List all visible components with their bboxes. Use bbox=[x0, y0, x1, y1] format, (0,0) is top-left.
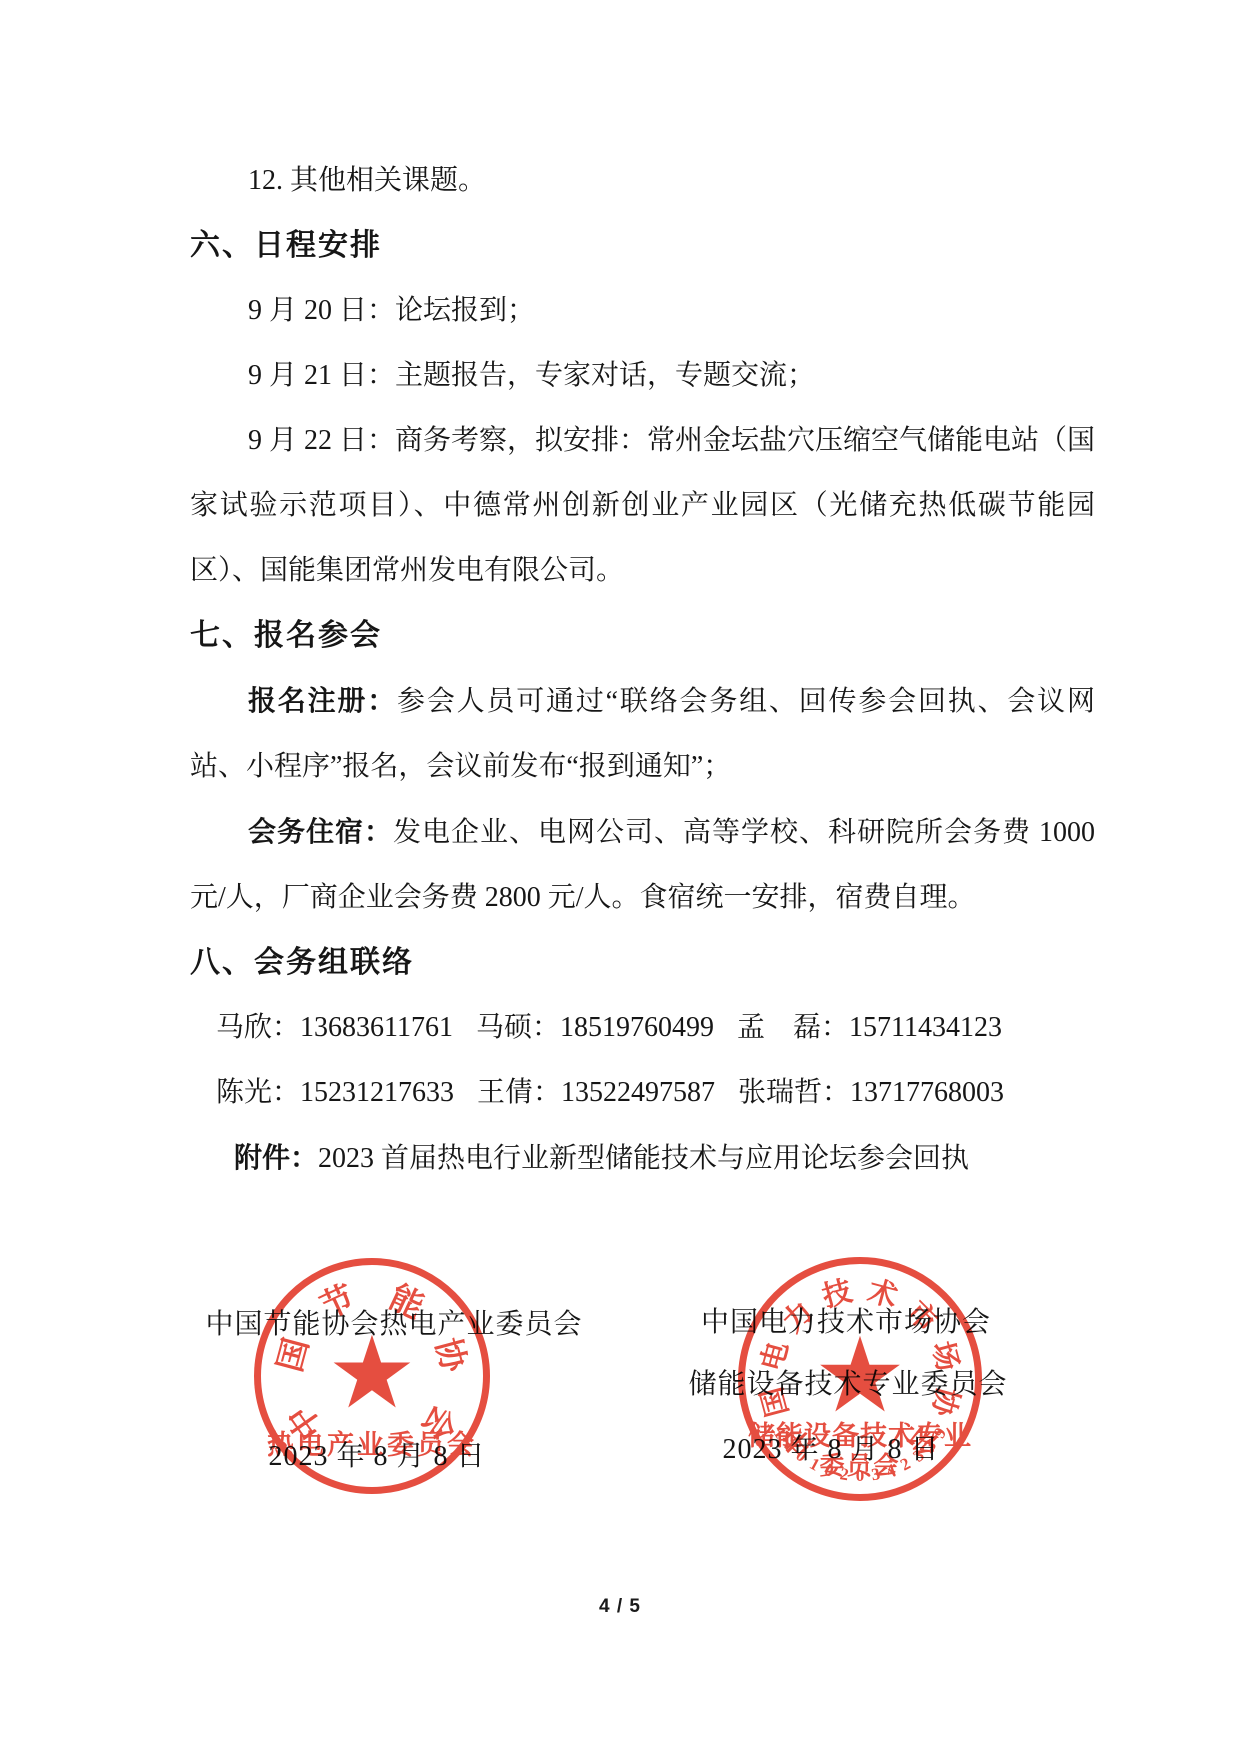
document-body: 12. 其他相关课题。 六、日程安排 9 月 20 日：论坛报到； 9 月 21… bbox=[190, 148, 1095, 1191]
contact-name: 马硕： bbox=[476, 1012, 560, 1043]
contact-name: 马欣： bbox=[216, 1012, 300, 1043]
contact-item: 马欣：13683611761 bbox=[216, 1012, 453, 1043]
attachment-label: 附件： bbox=[234, 1142, 318, 1173]
star-icon: ★ bbox=[327, 1324, 417, 1424]
contact-phone: 13522497587 bbox=[561, 1077, 715, 1108]
official-seal-left: 中国节能协会 ★ 热电产业委员会 bbox=[254, 1258, 490, 1494]
contact-name: 张瑞哲： bbox=[738, 1077, 850, 1108]
document-page: 12. 其他相关课题。 六、日程安排 9 月 20 日：论坛报到； 9 月 21… bbox=[0, 0, 1240, 1754]
section-7-heading: 七、报名参会 bbox=[190, 603, 1095, 668]
contact-item: 马硕：18519760499 bbox=[476, 1012, 714, 1043]
seal-bottom-text: 热电产业委员会 bbox=[261, 1423, 483, 1462]
section-6-heading: 六、日程安排 bbox=[190, 213, 1095, 278]
fee-paragraph: 会务住宿：发电企业、电网公司、高等学校、科研院所会务费 1000 元/人，厂商企… bbox=[190, 799, 1095, 930]
contacts-row-2: 陈光：15231217633 王倩：13522497587 张瑞哲：137177… bbox=[190, 1060, 1095, 1125]
list-item-12: 12. 其他相关课题。 bbox=[190, 148, 1095, 213]
registration-label: 报名注册： bbox=[248, 685, 397, 716]
schedule-line-1: 9 月 20 日：论坛报到； bbox=[190, 278, 1095, 343]
contact-phone: 13683611761 bbox=[300, 1012, 453, 1043]
contact-phone: 13717768003 bbox=[850, 1077, 1004, 1108]
contact-item: 孟 磊：15711434123 bbox=[737, 1012, 1002, 1043]
schedule-line-2: 9 月 21 日：主题报告，专家对话，专题交流； bbox=[190, 343, 1095, 408]
attachment-text: 2023 首届热电行业新型储能技术与应用论坛参会回执 bbox=[318, 1143, 969, 1174]
contact-name: 孟 磊： bbox=[737, 1012, 849, 1043]
contact-item: 陈光：15231217633 bbox=[216, 1077, 454, 1108]
fee-label: 会务住宿： bbox=[248, 816, 393, 847]
contacts-row-1: 马欣：13683611761 马硕：18519760499 孟 磊：157114… bbox=[190, 995, 1095, 1060]
contact-name: 王倩： bbox=[477, 1077, 561, 1108]
contact-item: 张瑞哲：13717768003 bbox=[738, 1077, 1004, 1108]
contact-phone: 15711434123 bbox=[849, 1012, 1002, 1043]
contact-item: 王倩：13522497587 bbox=[477, 1077, 715, 1108]
contact-name: 陈光： bbox=[216, 1077, 300, 1108]
attachment-line: 附件：2023 首届热电行业新型储能技术与应用论坛参会回执 bbox=[190, 1125, 1095, 1191]
contact-phone: 18519760499 bbox=[560, 1012, 714, 1043]
schedule-line-3: 9 月 22 日：商务考察，拟安排：常州金坛盐穴压缩空气储能电站（国家试验示范项… bbox=[190, 408, 1095, 603]
section-8-heading: 八、会务组联络 bbox=[190, 930, 1095, 995]
official-seal-right: 中国电力技术市场协会 ★ 储能设备技术专业 委员会 1101020342339 bbox=[738, 1257, 982, 1501]
registration-paragraph: 报名注册：参会人员可通过“联络会务组、回传参会回执、会议网站、小程序”报名，会议… bbox=[190, 668, 1095, 799]
page-number: 4 / 5 bbox=[0, 1596, 1240, 1618]
contact-phone: 15231217633 bbox=[300, 1077, 454, 1108]
